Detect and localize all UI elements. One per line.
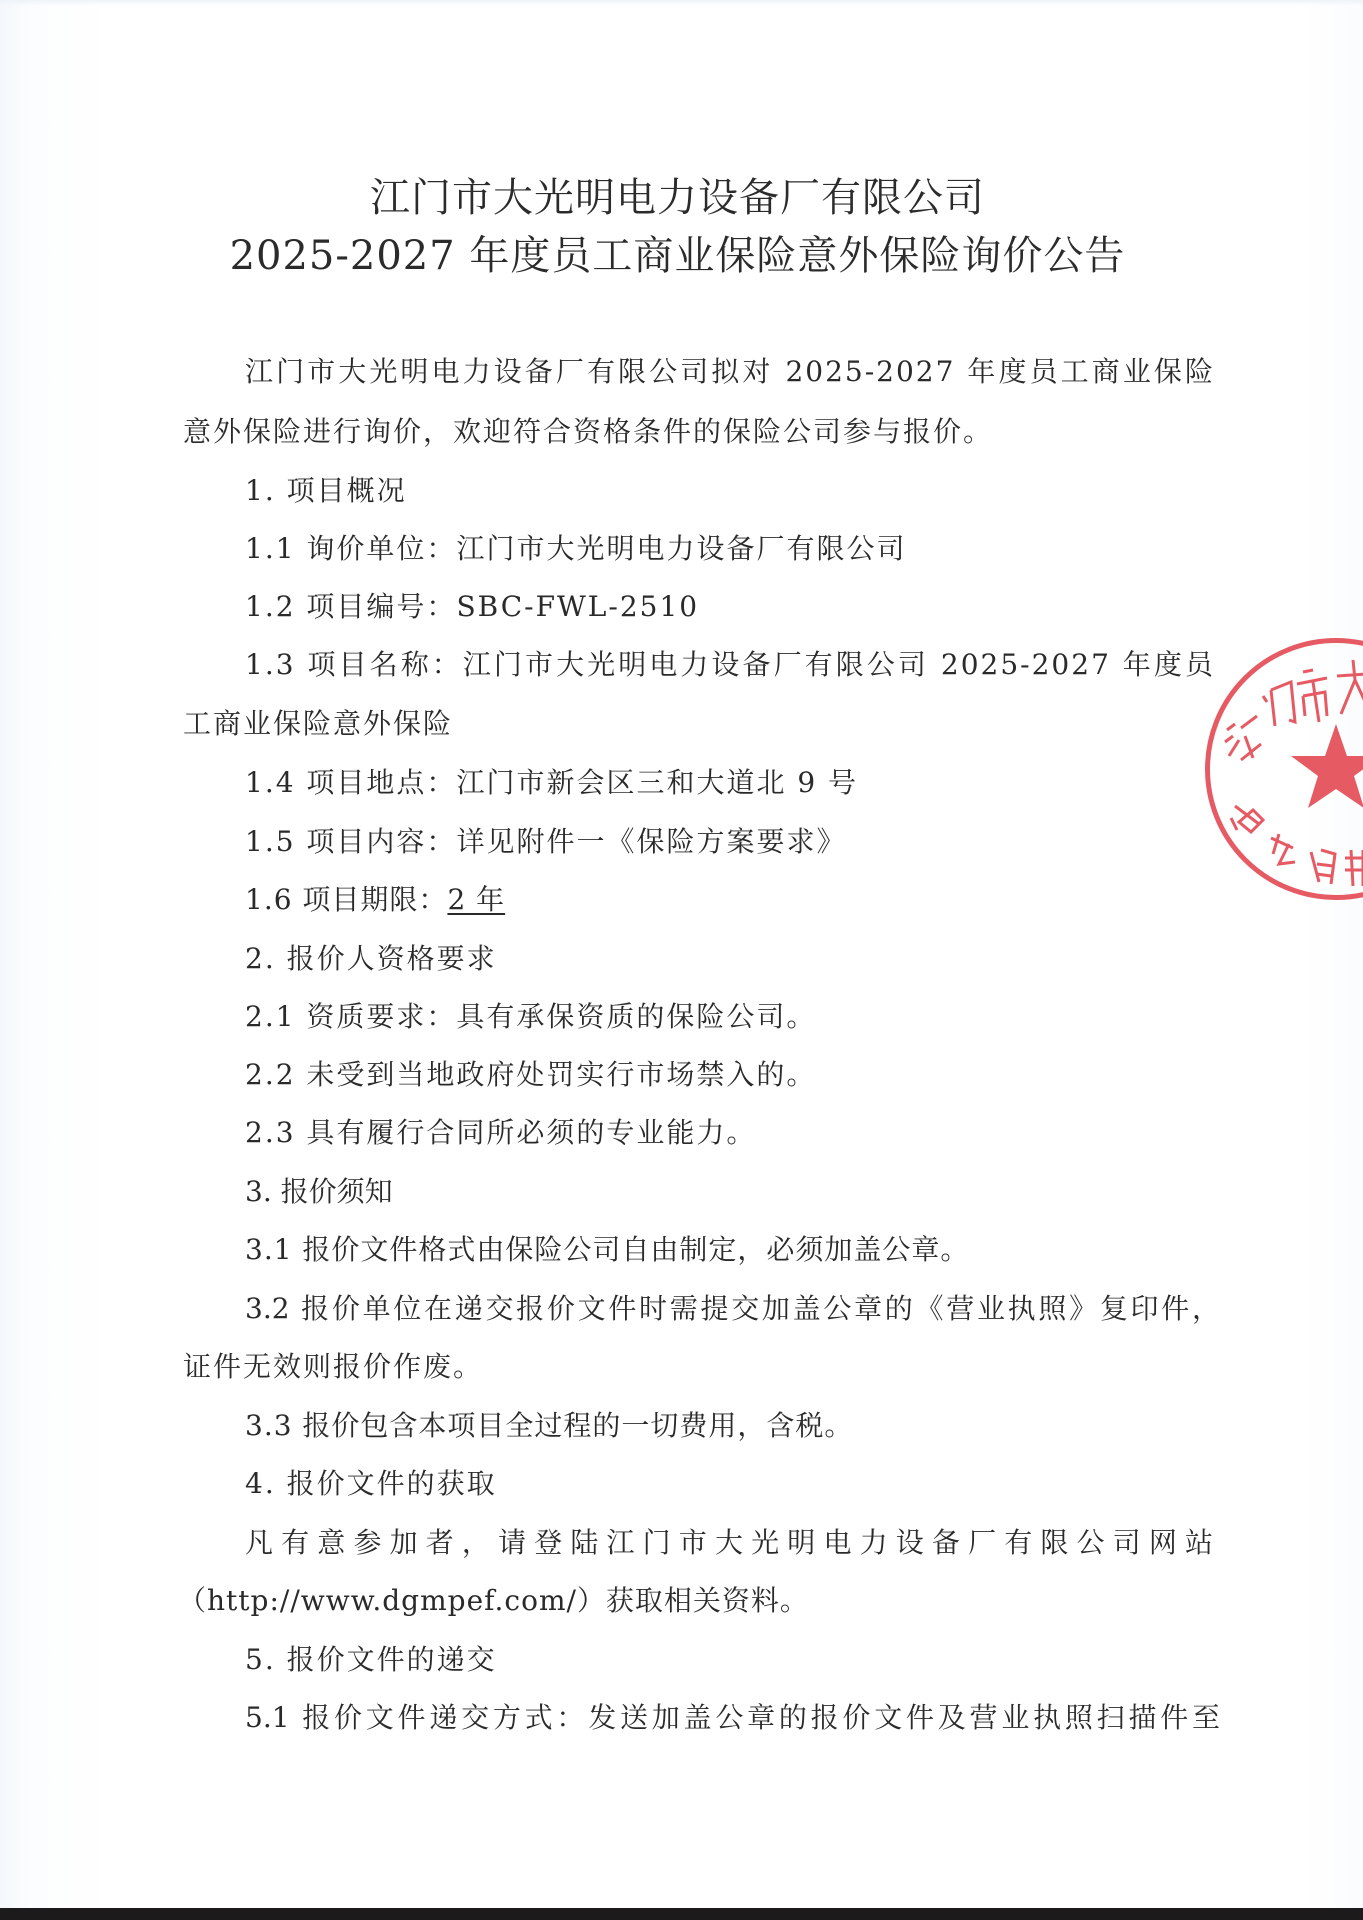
item-3-2: 3.2 报价单位在递交报价文件时需提交加盖公章的《营业执照》复印件， bbox=[245, 1289, 1220, 1329]
document-page bbox=[0, 0, 1363, 1908]
section-heading-2: 2. 报价人资格要求 bbox=[245, 939, 497, 979]
item-1-3: 1.3 项目名称：江门市大光明电力设备厂有限公司 2025-2027 年度员 bbox=[245, 645, 1215, 685]
item-2-2: 2.2 未受到当地政府处罚实行市场禁入的。 bbox=[245, 1055, 816, 1095]
seal-bottom-characters bbox=[1231, 806, 1363, 886]
item-label: 1.1 询价单位： bbox=[245, 532, 456, 565]
item-1-6: 1.6 项目期限：2 年 bbox=[245, 880, 505, 920]
project-content: 详见附件一《保险方案要求》 bbox=[456, 825, 846, 858]
section-heading-1: 1. 项目概况 bbox=[245, 471, 407, 511]
item-2-1: 2.1 资质要求：具有承保资质的保险公司。 bbox=[245, 997, 816, 1037]
document-title-company: 江门市大光明电力设备厂有限公司 bbox=[0, 168, 1359, 228]
item-3-1: 3.1 报价文件格式由保险公司自由制定，必须加盖公章。 bbox=[245, 1230, 969, 1270]
intro-line-2: 意外保险进行询价，欢迎符合资格条件的保险公司参与报价。 bbox=[183, 412, 993, 452]
company-seal-graphic bbox=[1205, 638, 1363, 900]
item-label: 1.2 项目编号： bbox=[245, 590, 456, 623]
project-name: 江门市大光明电力设备厂有限公司 2025-2027 年度员 bbox=[463, 648, 1215, 681]
item-1-2: 1.2 项目编号：SBC-FWL-2510 bbox=[245, 587, 699, 627]
item-4-website: （http://www.dgmpef.com/）获取相关资料。 bbox=[178, 1581, 809, 1621]
project-location: 江门市新会区三和大道北 9 号 bbox=[456, 766, 858, 799]
item-label: 1.3 项目名称： bbox=[245, 648, 463, 681]
section-heading-5: 5. 报价文件的递交 bbox=[245, 1640, 497, 1680]
item-1-1: 1.1 询价单位：江门市大光明电力设备厂有限公司 bbox=[245, 529, 906, 569]
item-5-1: 5.1 报价文件递交方式：发送加盖公章的报价文件及营业执照扫描件至 bbox=[245, 1698, 1220, 1738]
project-duration: 2 年 bbox=[447, 883, 505, 916]
item-label: 1.5 项目内容： bbox=[245, 825, 456, 858]
item-1-4: 1.4 项目地点：江门市新会区三和大道北 9 号 bbox=[245, 763, 858, 803]
item-1-5: 1.5 项目内容：详见附件一《保险方案要求》 bbox=[245, 822, 846, 862]
item-value: 江门市大光明电力设备厂有限公司 bbox=[456, 532, 906, 565]
item-label: 1.4 项目地点： bbox=[245, 766, 456, 799]
section-heading-4: 4. 报价文件的获取 bbox=[245, 1464, 497, 1504]
item-1-3-continuation: 工商业保险意外保险 bbox=[183, 704, 453, 744]
project-number: SBC-FWL-2510 bbox=[456, 590, 699, 623]
scan-bottom-edge bbox=[0, 1908, 1363, 1920]
item-label: 1.6 项目期限： bbox=[245, 883, 447, 916]
item-3-3: 3.3 报价包含本项目全过程的一切费用，含税。 bbox=[245, 1406, 853, 1446]
scan-top-edge bbox=[0, 0, 1363, 6]
item-3-2-continuation: 证件无效则报价作废。 bbox=[183, 1347, 483, 1387]
intro-line-1: 江门市大光明电力设备厂有限公司拟对 2025-2027 年度员工商业保险 bbox=[245, 352, 1215, 392]
section-heading-3: 3. 报价须知 bbox=[245, 1172, 393, 1212]
item-2-3: 2.3 具有履行合同所必须的专业能力。 bbox=[245, 1113, 756, 1153]
star-icon bbox=[1291, 724, 1363, 808]
item-4-text: 凡有意参加者，请登陆江门市大光明电力设备厂有限公司网站 bbox=[245, 1523, 1215, 1563]
document-title-subject: 2025-2027 年度员工商业保险意外保险询价公告 bbox=[0, 226, 1359, 286]
